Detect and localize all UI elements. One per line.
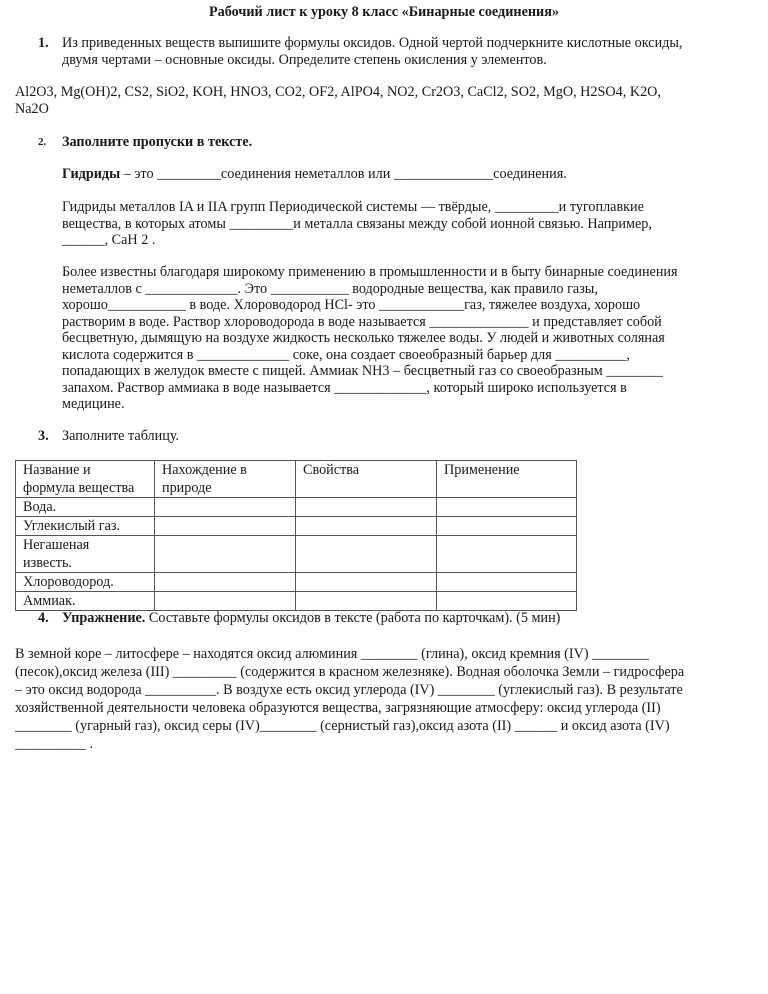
task4-heading: Упражнение. Составьте формулы оксидов в …: [62, 610, 752, 627]
text-line: хозяйственной деятельности человека обра…: [15, 699, 760, 717]
text-line: запахом. Раствор аммиака в воде называет…: [62, 380, 752, 397]
row-name: Углекислый газ.: [16, 517, 155, 536]
table-row: Хлороводород.: [16, 573, 577, 592]
header-application: Применение: [437, 461, 577, 498]
task2-number: 2.: [38, 134, 46, 151]
cell-occurrence[interactable]: [155, 536, 296, 573]
cell-application[interactable]: [437, 573, 577, 592]
cell-properties[interactable]: [296, 592, 437, 611]
task1-line: Из приведенных веществ выпишите формулы …: [62, 35, 752, 52]
cell-application[interactable]: [437, 517, 577, 536]
cell-properties[interactable]: [296, 517, 437, 536]
text-line: хорошо___________ в воде. Хлороводород H…: [62, 297, 752, 314]
task2-paragraph-3: Более известны благодаря широкому примен…: [62, 264, 752, 413]
cell-occurrence[interactable]: [155, 592, 296, 611]
row-name: Негашеная известь.: [16, 536, 155, 573]
hydrides-definition: – это _________соединения неметаллов или…: [120, 166, 567, 182]
header-properties: Свойства: [296, 461, 437, 498]
cell-application[interactable]: [437, 536, 577, 573]
cell-application[interactable]: [437, 498, 577, 517]
substances-list: Al2O3, Mg(OH)2, CS2, SiO2, KOH, HNO3, CO…: [15, 84, 760, 117]
text-line: Более известны благодаря широкому примен…: [62, 264, 752, 281]
row-name: Вода.: [16, 498, 155, 517]
table-row: Негашеная известь.: [16, 536, 577, 573]
table-row: Углекислый газ.: [16, 517, 577, 536]
task1-line: двумя чертами – основные оксиды. Определ…: [62, 52, 752, 69]
text-line: неметаллов с _____________. Это ________…: [62, 281, 752, 298]
text-line: Гидриды металлов IA и IIA групп Периодич…: [62, 199, 752, 216]
cell-properties[interactable]: [296, 536, 437, 573]
page-title: Рабочий лист к уроку 8 класс «Бинарные с…: [0, 4, 768, 21]
text-line: __________ .: [15, 735, 760, 753]
cell-properties[interactable]: [296, 573, 437, 592]
text-line: медицине.: [62, 396, 752, 413]
table-header-row: Название и формула вещества Нахождение в…: [16, 461, 577, 498]
task2-paragraph-1: Гидриды – это _________соединения немета…: [62, 166, 752, 183]
exercise-instructions: Составьте формулы оксидов в тексте (рабо…: [145, 610, 560, 626]
text-line: (песок),оксид железа (III) _________ (со…: [15, 663, 760, 681]
task1-instructions: Из приведенных веществ выпишите формулы …: [62, 35, 752, 68]
hydrides-term: Гидриды: [62, 166, 120, 182]
text-line: бесцветную, дымящую на воздухе жидкость …: [62, 330, 752, 347]
text-line: растворим в воде. Раствор хлороводорода …: [62, 314, 752, 331]
text-line: кислота содержится в _____________ соке,…: [62, 347, 752, 364]
cell-occurrence[interactable]: [155, 498, 296, 517]
task2-paragraph-2: Гидриды металлов IA и IIA групп Периодич…: [62, 199, 752, 249]
header-occurrence: Нахождение в природе: [155, 461, 296, 498]
task4-number: 4.: [38, 610, 49, 627]
header-name-formula: Название и формула вещества: [16, 461, 155, 498]
task2-heading: Заполните пропуски в тексте.: [62, 134, 752, 151]
cell-occurrence[interactable]: [155, 517, 296, 536]
text-line: ________ (угарный газ), оксид серы (IV)_…: [15, 717, 760, 735]
task4-text: В земной коре – литосфере – находятся ок…: [15, 645, 760, 753]
text-line: попадающих в желудок вместе с пищей. Амм…: [62, 363, 752, 380]
row-name: Аммиак.: [16, 592, 155, 611]
task1-number: 1.: [38, 35, 49, 52]
text-line: – это оксид водорода __________. В возду…: [15, 681, 760, 699]
cell-properties[interactable]: [296, 498, 437, 517]
table-row: Вода.: [16, 498, 577, 517]
text-line: В земной коре – литосфере – находятся ок…: [15, 645, 760, 663]
exercise-label: Упражнение.: [62, 610, 145, 626]
text-line: ______, CaH 2 .: [62, 232, 752, 249]
task3-number: 3.: [38, 428, 49, 445]
substances-table: Название и формула вещества Нахождение в…: [15, 460, 577, 611]
row-name: Хлороводород.: [16, 573, 155, 592]
substances-line: Na2O: [15, 101, 760, 118]
text-line: вещества, в которых атомы _________и мет…: [62, 216, 752, 233]
substances-line: Al2O3, Mg(OH)2, CS2, SiO2, KOH, HNO3, CO…: [15, 84, 760, 101]
cell-occurrence[interactable]: [155, 573, 296, 592]
cell-application[interactable]: [437, 592, 577, 611]
table-row: Аммиак.: [16, 592, 577, 611]
task3-heading: Заполните таблицу.: [62, 428, 752, 445]
